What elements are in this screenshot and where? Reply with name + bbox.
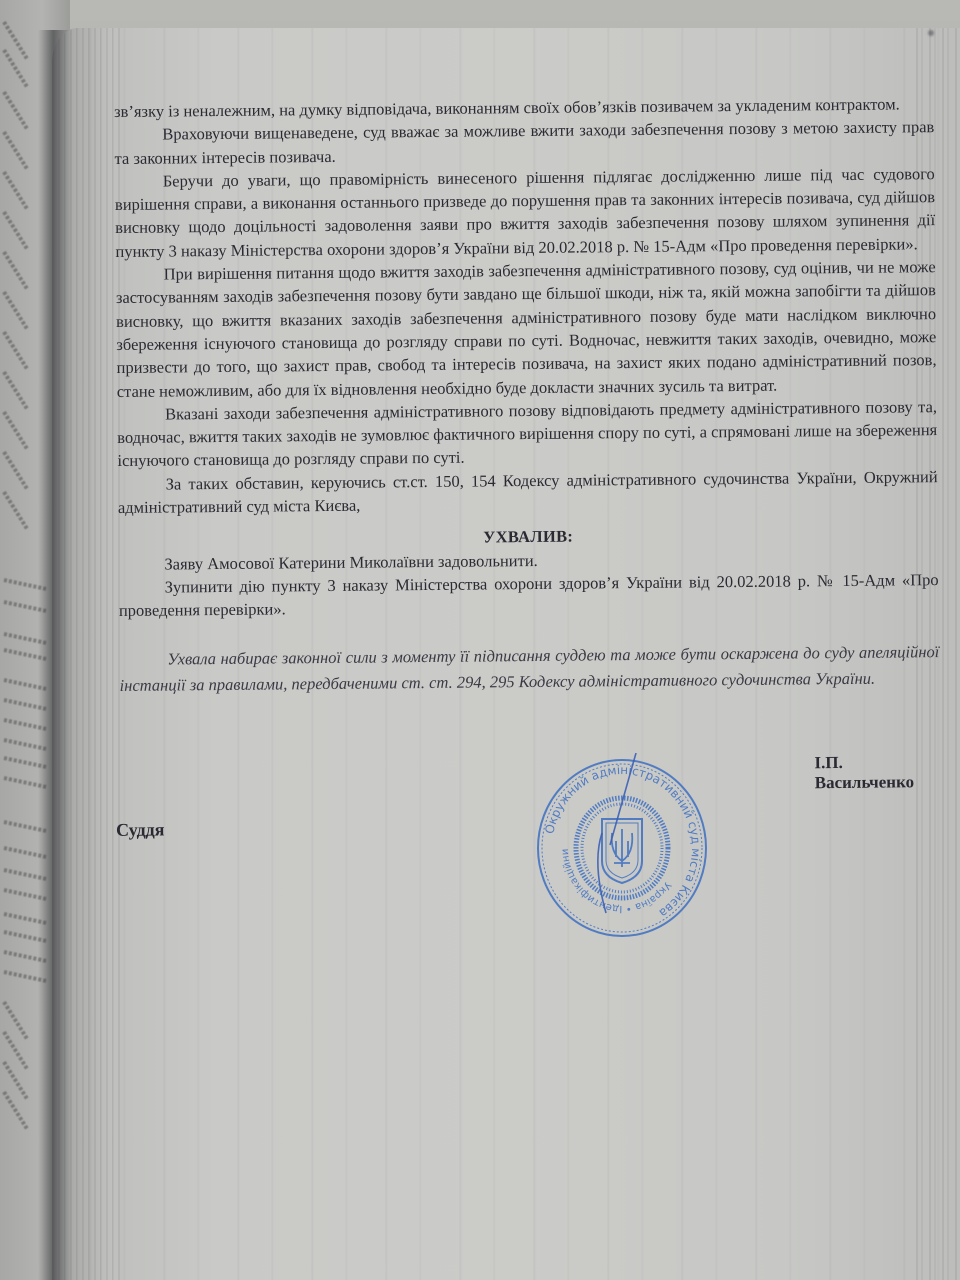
judge-role-label: Суддя — [116, 819, 165, 840]
paragraph-legal-basis: За таких обставин, керуючись ст.ст. 150,… — [118, 465, 938, 519]
signature-block: Суддя І.П. Васильченко — [114, 794, 934, 842]
paragraph-assessment: При вирішення питання щодо вжиття заході… — [116, 255, 937, 403]
appeal-note: Ухвала набирає законної сили з моменту ї… — [119, 639, 939, 699]
paragraph-grounds: Враховуючи вищенаведене, суд вважає за м… — [114, 115, 934, 169]
court-seal-stamp: Окружний адміністративний суд міста Києв… — [532, 753, 712, 943]
seal-icon: Окружний адміністративний суд міста Києв… — [532, 753, 712, 943]
document-body: зв’язку із неналежним, на думку відповід… — [114, 92, 940, 698]
paragraph-legality: Беручи до уваги, що правомірність винесе… — [115, 162, 936, 263]
resolution-item-2: Зупинити дію пункту 3 наказу Міністерств… — [119, 568, 939, 622]
book-gutter-shadow — [38, 30, 72, 1280]
document-page: зв’язку із неналежним, на думку відповід… — [52, 28, 960, 1280]
judge-name: І.П. Васильченко — [814, 752, 933, 793]
page-speck — [928, 30, 934, 36]
paragraph-measures: Вказані заходи забезпечення адміністрати… — [117, 395, 938, 473]
